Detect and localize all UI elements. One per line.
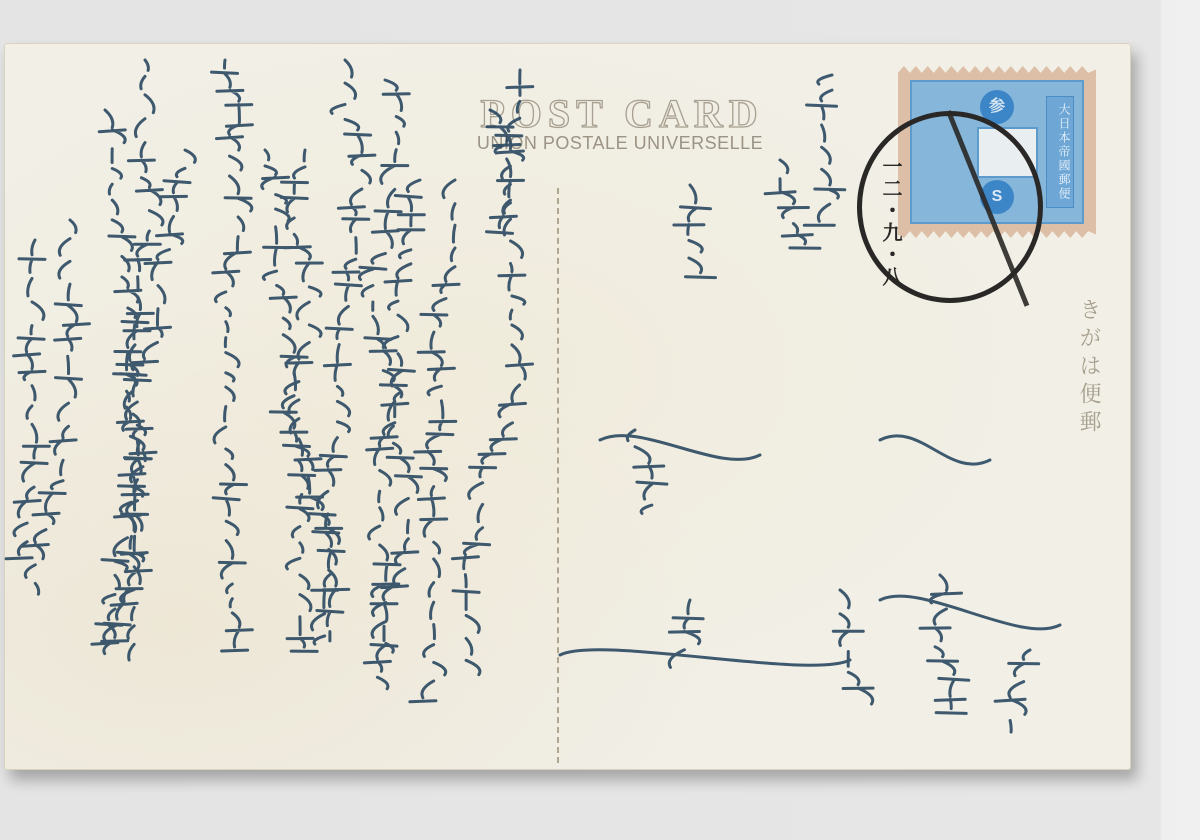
postcard-title: POST CARD xyxy=(442,90,802,137)
dashed-divider xyxy=(557,188,559,763)
postmark-cancellation: 一二・九・八 xyxy=(857,111,1043,303)
postcard-subtitle: UNION POSTALE UNIVERSELLE xyxy=(440,133,800,154)
postmark-date: 一二・九・八 xyxy=(876,156,905,288)
vertical-printed-label: きがは便郵 xyxy=(1074,298,1105,438)
stamp-side-text: 大日本帝國郵便 xyxy=(1046,96,1074,208)
postcard: POST CARD UNION POSTALE UNIVERSELLE きがは便… xyxy=(4,43,1131,770)
